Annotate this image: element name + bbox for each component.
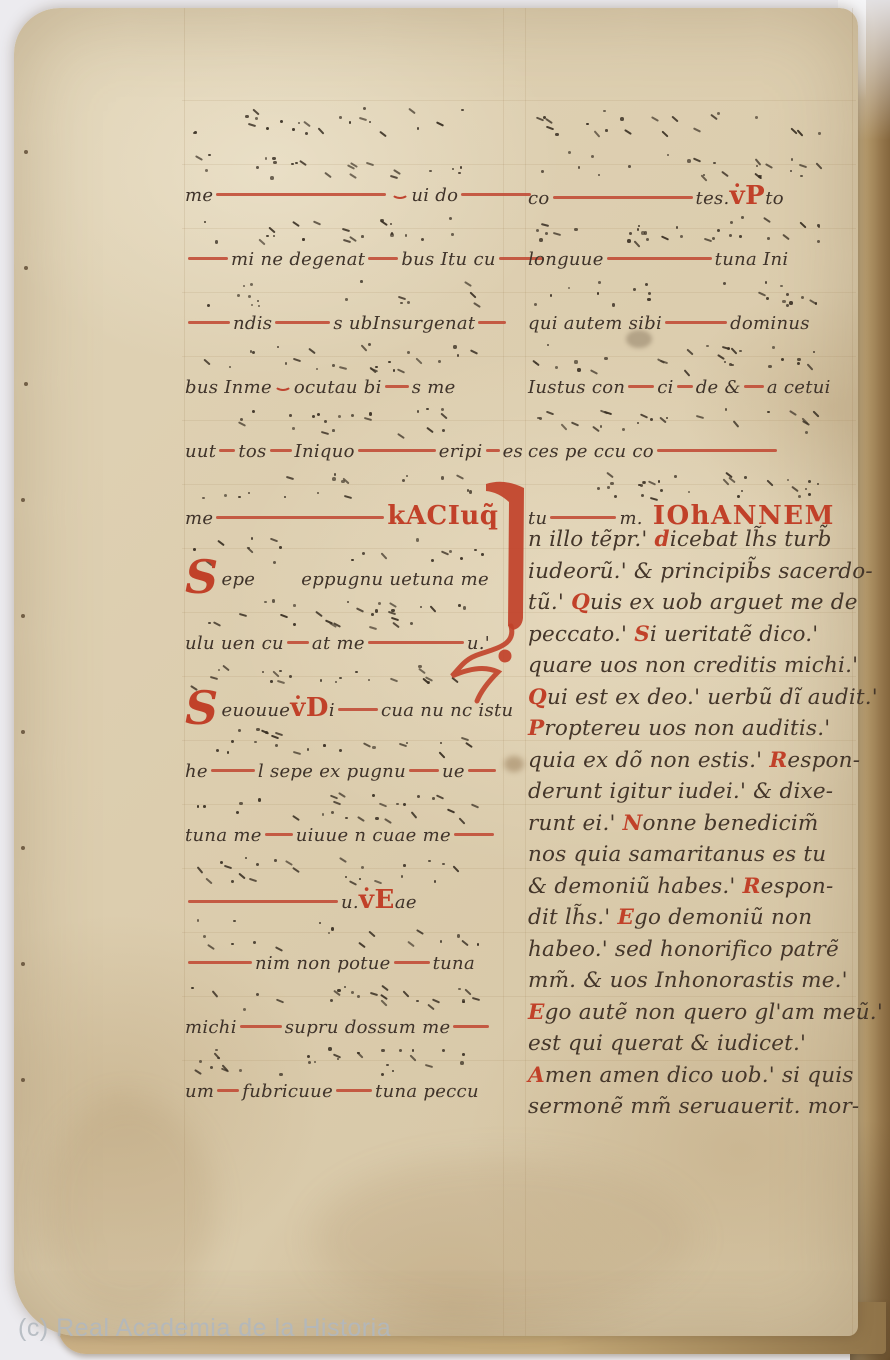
neume-mark	[372, 746, 375, 749]
red-extender-line	[216, 516, 384, 519]
neume-mark	[375, 609, 378, 612]
neume-cluster	[185, 916, 507, 952]
neume-mark	[728, 477, 735, 484]
chant-text-row: qui autem sibidominus	[528, 310, 850, 338]
neume-mark	[763, 217, 771, 223]
chant-text-row: bus Inmeocutau bis me	[185, 374, 507, 402]
neume-mark	[279, 546, 282, 549]
gospel-text-line: tũ.' Quis ex uob arguet me de	[528, 587, 868, 619]
neume-mark	[317, 492, 319, 494]
neume-cluster	[528, 404, 850, 440]
neume-mark	[818, 132, 820, 134]
red-extender-line	[454, 833, 494, 836]
parchment-page: meui domi ne degenatbus Itu cundiss ubIn…	[14, 8, 858, 1336]
neume-mark	[293, 623, 296, 626]
gospel-text-line: Ego autẽ non quero gl'am meũ.'	[528, 997, 868, 1029]
neume-mark	[739, 350, 742, 353]
red-rubric-text: v̇D	[290, 693, 329, 723]
chant-syllable: tuna	[433, 953, 475, 974]
chant-syllable: at me	[312, 633, 365, 654]
neume-mark	[687, 159, 691, 163]
chant-line: tum.IOhANNEM	[528, 468, 850, 532]
chant-syllable: ui do	[411, 185, 458, 206]
red-extender-line	[188, 321, 230, 324]
neume-mark	[275, 744, 278, 747]
chant-line: qui autem sibidominus	[528, 276, 850, 340]
neume-mark	[725, 408, 728, 411]
red-extender-line	[336, 1089, 372, 1092]
chant-syllable: bus Itu cu	[401, 249, 495, 270]
neume-mark	[333, 801, 341, 806]
neume-mark	[379, 803, 387, 808]
gospel-text-line: runt ei.' Nonne benedicim̃	[528, 808, 868, 840]
neume-mark	[426, 427, 434, 433]
neume-mark	[436, 121, 444, 126]
neume-mark	[258, 238, 265, 245]
neume-mark	[389, 602, 397, 608]
neume-mark	[349, 880, 357, 885]
neume-mark	[610, 482, 614, 486]
red-extender-line	[240, 1025, 282, 1028]
neume-mark	[238, 496, 241, 499]
neume-mark	[541, 170, 544, 173]
chant-text-row: ndiss ubInsurgenat	[185, 310, 507, 338]
neume-mark	[815, 162, 822, 169]
neume-mark	[667, 154, 670, 157]
chant-line: Iustus concide &a cetui	[528, 340, 850, 404]
neume-mark	[660, 359, 668, 363]
neume-mark	[724, 361, 726, 363]
neume-mark	[646, 238, 649, 241]
gospel-text: dit lh̃s.'	[528, 905, 617, 930]
neume-mark	[345, 298, 348, 301]
neume-mark	[363, 107, 366, 110]
neume-mark	[400, 302, 403, 305]
neume-mark	[255, 117, 258, 120]
neume-mark	[215, 240, 219, 244]
neume-mark	[369, 412, 372, 415]
red-initial-letter: A	[528, 1063, 545, 1088]
neume-mark	[717, 354, 725, 360]
red-ornament	[391, 186, 409, 199]
neume-mark	[739, 235, 742, 238]
neume-mark	[245, 857, 248, 860]
red-extender-line	[665, 321, 727, 324]
neume-mark	[782, 300, 785, 303]
chant-syllable: euouue	[222, 700, 291, 721]
neume-mark	[203, 358, 210, 365]
neume-mark	[308, 348, 316, 355]
neume-mark	[238, 872, 245, 879]
neume-mark	[457, 934, 461, 938]
neume-mark	[214, 1053, 221, 1060]
gospel-text: quia ex dõ non estis.'	[528, 748, 769, 773]
neume-mark	[308, 1061, 311, 1064]
neume-mark	[272, 599, 275, 602]
neume-mark	[688, 491, 691, 494]
neume-mark	[578, 166, 580, 168]
neume-mark	[342, 228, 350, 232]
neume-mark	[329, 794, 337, 799]
chant-syllable: i	[329, 700, 335, 721]
neume-mark	[345, 876, 347, 878]
neume-mark	[270, 176, 274, 180]
gospel-text-line: nos quia samaritanus es tu	[528, 839, 868, 871]
chant-syllable: ulu uen cu	[185, 633, 284, 654]
neume-mark	[238, 421, 246, 426]
gospel-text: ui est ex deo.' uerbũ dĩ audit.'	[547, 685, 878, 710]
chant-line: michisupru dossum me	[185, 980, 507, 1044]
parchment-stain	[504, 756, 524, 772]
neume-mark	[279, 1073, 282, 1076]
gospel-text: sermonẽ mm̃ seruauerit. mor-	[528, 1094, 859, 1119]
sewing-hole	[24, 382, 28, 386]
neume-mark	[203, 935, 206, 938]
neume-mark	[251, 537, 253, 539]
red-extender-line	[265, 833, 293, 836]
neume-mark	[417, 795, 420, 798]
chant-text-row: Iustus concide &a cetui	[528, 374, 850, 402]
neume-mark	[292, 867, 300, 873]
neume-mark	[355, 671, 358, 674]
neume-mark	[338, 415, 341, 418]
chant-syllable: longuue	[528, 249, 604, 270]
neume-mark	[633, 288, 636, 291]
neume-mark	[292, 221, 300, 227]
neume-mark	[204, 221, 206, 223]
neume-mark	[568, 151, 571, 154]
sewing-hole	[21, 614, 25, 618]
neume-mark	[470, 804, 478, 809]
neume-mark	[462, 1053, 465, 1056]
neume-mark	[347, 601, 350, 604]
neume-mark	[641, 231, 645, 235]
neume-mark	[604, 357, 607, 360]
chant-syllable: ndis	[233, 313, 272, 334]
neume-mark	[392, 622, 400, 629]
gospel-text-line: dit lh̃s.' Ego demoniũ non	[528, 902, 868, 934]
neume-mark	[393, 169, 401, 175]
neume-mark	[737, 495, 740, 498]
neume-mark	[256, 166, 259, 169]
gospel-text: quare uos non creditis michi.'	[528, 653, 858, 678]
neume-mark	[741, 490, 743, 492]
neume-mark	[808, 493, 811, 496]
neume-mark	[197, 919, 200, 922]
red-initial-letter: Q	[571, 590, 590, 615]
neume-mark	[360, 344, 367, 351]
neume-mark	[285, 362, 288, 365]
neume-mark	[280, 613, 288, 618]
red-extender-line	[216, 193, 386, 196]
neume-mark	[464, 281, 472, 287]
neume-mark	[729, 234, 733, 238]
neume-mark	[420, 606, 423, 609]
neume-mark	[256, 728, 259, 731]
neume-mark	[398, 296, 406, 300]
neume-mark	[402, 479, 405, 482]
neume-mark	[291, 163, 294, 166]
neume-cluster	[185, 980, 507, 1016]
neume-cluster	[185, 104, 507, 140]
red-initial-letter: P	[528, 716, 544, 741]
neume-mark	[461, 737, 469, 741]
neume-mark	[363, 742, 371, 747]
sewing-hole	[21, 498, 25, 502]
neume-mark	[612, 303, 615, 306]
neume-mark	[381, 1049, 385, 1053]
neume-mark	[248, 492, 250, 494]
neume-mark	[390, 175, 398, 179]
gospel-text: peccato.'	[528, 622, 634, 647]
red-initial-letter: S	[634, 622, 650, 647]
neume-mark	[797, 129, 804, 136]
chant-syllable: fubricuue	[242, 1081, 333, 1102]
neume-mark	[323, 744, 326, 747]
neume-mark	[360, 280, 363, 283]
neume-mark	[434, 880, 437, 883]
neume-mark	[808, 480, 811, 483]
neume-mark	[421, 238, 424, 241]
neume-mark	[332, 364, 335, 367]
gospel-text-line: peccato.' Si ueritatẽ dico.'	[528, 619, 868, 651]
neume-mark	[381, 553, 388, 560]
red-extender-line	[553, 196, 693, 199]
neume-mark	[292, 357, 300, 361]
red-extender-line	[453, 1025, 489, 1028]
neume-mark	[272, 157, 275, 160]
neume-mark	[407, 351, 410, 354]
neume-band	[185, 104, 507, 148]
gospel-text-line: sermonẽ mm̃ seruauerit. mor-	[528, 1091, 868, 1123]
chant-text-row: ces pe ccu co	[528, 438, 850, 466]
sewing-hole	[24, 266, 28, 270]
neume-mark	[280, 120, 283, 123]
neume-mark	[417, 410, 420, 413]
neume-mark	[805, 488, 808, 491]
chant-syllable: mi ne degenat	[231, 249, 365, 270]
neume-mark	[231, 943, 234, 946]
neume-mark	[458, 988, 460, 990]
neume-cluster	[528, 276, 850, 312]
neume-mark	[256, 993, 259, 996]
neume-mark	[577, 368, 580, 371]
red-extender-line	[211, 769, 255, 772]
neume-mark	[343, 495, 351, 499]
neume-mark	[541, 222, 549, 226]
gospel-text-line: quia ex dõ non estis.' Respon-	[528, 745, 868, 777]
neume-mark	[637, 422, 640, 425]
gospel-text-line: & demoniũ habes.' Respon-	[528, 871, 868, 903]
neume-mark	[368, 343, 371, 346]
gospel-text: roptereu uos non auditis.'	[544, 716, 830, 741]
neume-mark	[786, 304, 789, 307]
neume-mark	[317, 413, 320, 416]
neume-mark	[802, 420, 810, 426]
neume-mark	[316, 368, 318, 370]
red-initial-letter: N	[623, 811, 643, 836]
sewing-hole	[21, 730, 25, 734]
neume-mark	[597, 487, 600, 490]
neume-mark	[203, 805, 206, 808]
neume-mark	[313, 220, 321, 225]
neume-mark	[817, 240, 820, 243]
neume-mark	[440, 742, 442, 744]
neume-mark	[620, 117, 624, 121]
neume-mark	[550, 294, 552, 296]
neume-mark	[807, 363, 814, 370]
neume-mark	[227, 751, 229, 753]
neume-mark	[338, 792, 346, 798]
neume-mark	[361, 235, 364, 238]
neume-cluster	[528, 340, 850, 376]
chant-text-row: michisupru dossum me	[185, 1014, 507, 1042]
red-extender-line	[219, 449, 235, 452]
neume-cluster	[185, 1044, 507, 1080]
neume-mark	[813, 411, 820, 418]
gospel-text-line: quare uos non creditis michi.'	[528, 650, 868, 682]
neume-mark	[797, 358, 801, 362]
chant-syllable: epe	[222, 569, 256, 590]
neume-mark	[783, 233, 791, 240]
neume-mark	[660, 489, 663, 492]
neume-mark	[295, 162, 298, 165]
neume-mark	[286, 476, 294, 480]
neume-mark	[266, 235, 269, 238]
neume-mark	[640, 484, 643, 487]
gospel-text: i ueritatẽ dico.'	[650, 622, 818, 647]
neume-mark	[721, 170, 729, 176]
neume-mark	[332, 429, 335, 432]
neume-mark	[239, 612, 247, 616]
neume-mark	[787, 479, 789, 481]
neume-mark	[403, 990, 410, 997]
neume-mark	[441, 408, 444, 411]
neume-mark	[607, 486, 610, 489]
red-extender-line	[188, 961, 252, 964]
neume-mark	[661, 235, 669, 240]
neume-mark	[364, 417, 372, 421]
neume-mark	[799, 221, 806, 228]
neume-cluster	[528, 148, 850, 184]
neume-mark	[351, 559, 353, 561]
neume-mark	[650, 418, 653, 421]
chant-text-row: nim non potuetuna	[185, 950, 507, 978]
neume-mark	[331, 927, 335, 931]
neume-mark	[598, 281, 601, 284]
neume-mark	[195, 155, 203, 161]
neume-mark	[388, 610, 396, 614]
neume-mark	[648, 292, 651, 295]
neume-mark	[600, 425, 602, 427]
neume-cluster	[185, 212, 507, 248]
neume-mark	[220, 861, 223, 864]
red-extender-line	[744, 385, 764, 388]
neume-mark	[208, 154, 211, 157]
decorated-initial-i-icon	[426, 478, 536, 728]
neume-mark	[599, 409, 607, 414]
neume-cluster	[528, 212, 850, 248]
neume-mark	[320, 679, 323, 682]
neume-mark	[417, 127, 420, 130]
chant-line: bus Inmeocutau bis me	[185, 340, 507, 404]
neume-mark	[597, 292, 600, 295]
neume-mark	[276, 999, 284, 1004]
neume-mark	[337, 1058, 339, 1060]
neume-mark	[211, 990, 218, 997]
neume-mark	[410, 622, 413, 625]
neume-mark	[357, 995, 360, 998]
chant-line: umfubricuuetuna peccu	[185, 1044, 507, 1108]
neume-mark	[374, 880, 382, 885]
neume-mark	[786, 293, 789, 296]
neume-mark	[344, 986, 346, 988]
chant-syllable: ocutau bi	[294, 377, 382, 398]
neume-mark	[284, 496, 286, 498]
gospel-text-line: Proptereu uos non auditis.'	[528, 713, 868, 745]
neume-mark	[343, 238, 351, 242]
chant-syllable: me	[185, 185, 213, 206]
neume-mark	[334, 473, 337, 476]
neume-mark	[438, 360, 441, 363]
neume-mark	[537, 417, 540, 420]
neume-mark	[614, 495, 617, 498]
neume-mark	[372, 794, 375, 797]
red-extender-line	[468, 769, 496, 772]
gospel-text: men amen dico uob.' si quis	[545, 1063, 854, 1088]
neume-mark	[396, 803, 398, 805]
parchment-stain	[314, 1158, 694, 1318]
neume-mark	[546, 411, 554, 416]
neume-mark	[368, 679, 371, 682]
neume-mark	[239, 802, 243, 806]
neume-mark	[436, 794, 444, 799]
chant-text-row: hel sepe ex pugnuue	[185, 758, 507, 786]
neume-mark	[207, 944, 215, 950]
red-extender-line	[628, 385, 654, 388]
neume-mark	[462, 999, 466, 1003]
neume-mark	[386, 1064, 389, 1067]
neume-mark	[236, 811, 239, 814]
neume-mark	[248, 295, 251, 298]
red-extender-line	[358, 449, 436, 452]
neume-mark	[712, 237, 715, 240]
chant-syllable: tuna peccu	[375, 1081, 479, 1102]
neume-mark	[380, 999, 387, 1006]
red-extender-line	[368, 257, 398, 260]
neume-mark	[674, 475, 677, 478]
chant-line: longuuetuna Ini	[528, 212, 850, 276]
neume-mark	[357, 816, 365, 822]
neume-mark	[460, 166, 463, 169]
neume-mark	[780, 285, 783, 288]
neume-mark	[797, 362, 800, 365]
chant-line: tuna meuiuue n cuae me	[185, 788, 507, 852]
neume-mark	[399, 1049, 402, 1052]
neume-mark	[252, 410, 255, 413]
neume-cluster	[185, 340, 507, 376]
neume-mark	[469, 292, 476, 299]
red-initial-letter: Q	[528, 685, 547, 710]
neume-mark	[277, 346, 280, 349]
neume-mark	[324, 420, 327, 423]
red-initial-letter: R	[769, 748, 787, 773]
neume-mark	[766, 480, 773, 487]
neume-mark	[713, 162, 716, 165]
neume-mark	[393, 369, 396, 372]
neume-mark	[571, 422, 579, 427]
neume-mark	[273, 161, 276, 164]
